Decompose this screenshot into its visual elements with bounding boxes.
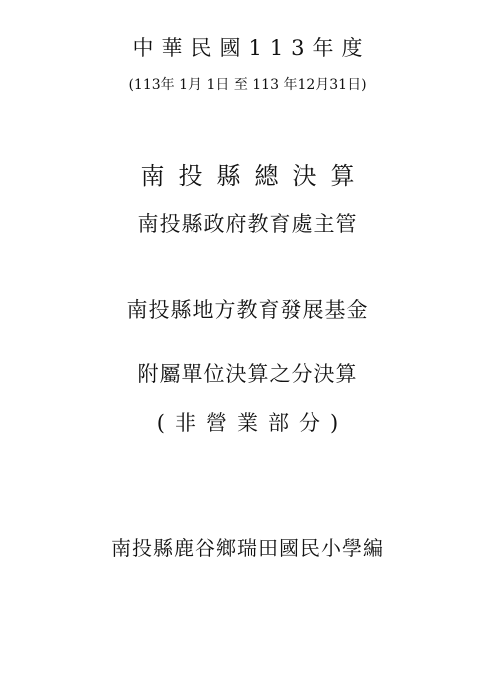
section-label: (非營業部分): [0, 413, 495, 434]
competent-authority: 南投縣政府教育處主管: [0, 214, 495, 235]
compiled-by: 南投縣鹿谷鄉瑞田國民小學編: [0, 538, 495, 558]
fiscal-year-heading: 中華民國113年度: [0, 38, 495, 59]
report-type: 附屬單位決算之分決算: [0, 364, 495, 385]
fiscal-period: (113年 1月 1日 至 113 年12月31日): [0, 78, 495, 92]
fund-name: 南投縣地方教育發展基金: [0, 300, 495, 321]
main-title: 南投縣總決算: [0, 164, 495, 188]
